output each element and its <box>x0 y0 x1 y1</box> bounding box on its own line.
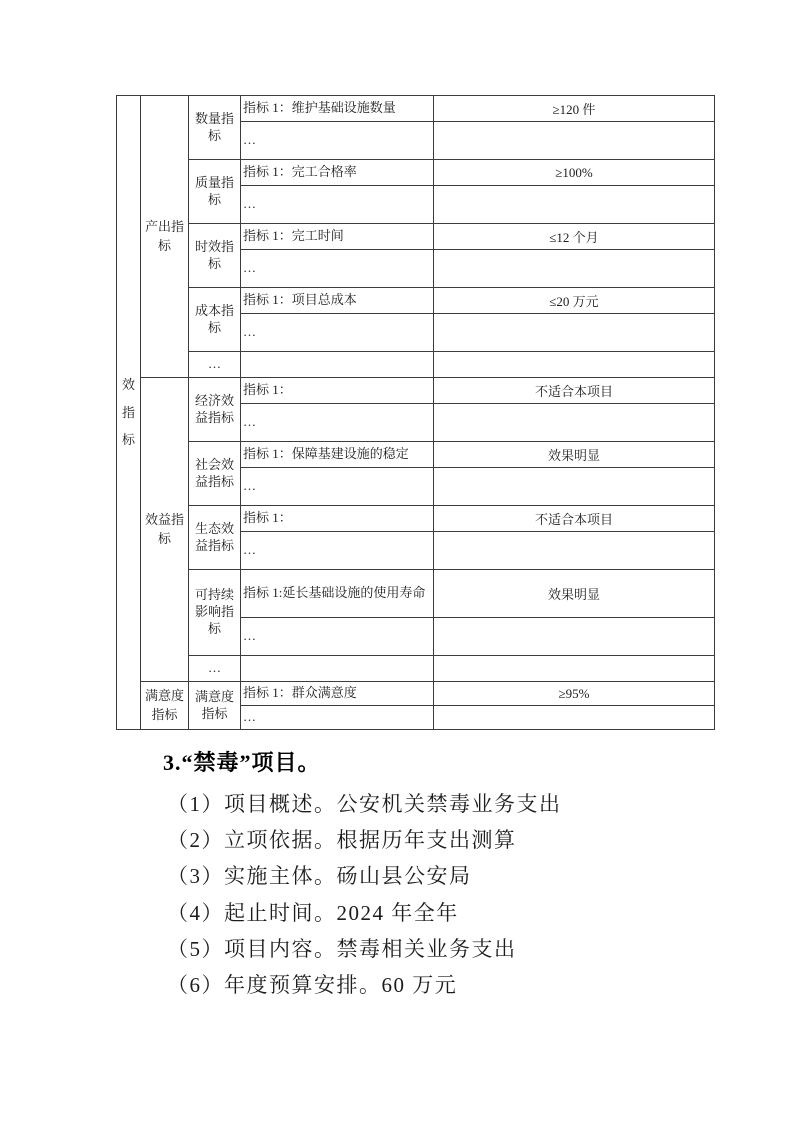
cell-indicator-name: 指标 1：维护基础设施数量 <box>241 96 434 122</box>
cell-indicator-name: 指标 1：项目总成本 <box>241 288 434 314</box>
cell-indicator-value <box>434 352 715 378</box>
cell-indicator-value: ≤12 个月 <box>434 224 715 250</box>
cell-indicator-name: … <box>241 532 434 570</box>
cell-group-label-satisfaction: 满意度指标 <box>141 682 189 730</box>
cell-indicator-name: 指标 1： <box>241 378 434 404</box>
table-row: 可持续影响指标 指标 1:延长基础设施的使用寿命 效果明显 <box>117 570 715 618</box>
cell-indicator-name: … <box>241 186 434 224</box>
cell-sub-label-ellipsis: … <box>189 656 241 682</box>
cell-indicator-name: … <box>241 468 434 506</box>
cell-indicator-value: 不适合本项目 <box>434 378 715 404</box>
cell-indicator-value <box>434 656 715 682</box>
cell-indicator-name: 指标 1：群众满意度 <box>241 682 434 706</box>
cell-indicator-name: 指标 1：完工时间 <box>241 224 434 250</box>
cell-indicator-value <box>434 468 715 506</box>
cell-indicator-value <box>434 314 715 352</box>
cell-sub-label-economic: 经济效益指标 <box>189 378 241 442</box>
cell-sub-label-satisfaction: 满意度指标 <box>189 682 241 730</box>
cell-indicator-value: ≤20 万元 <box>434 288 715 314</box>
cell-indicator-name: … <box>241 314 434 352</box>
cell-indicator-value: 效果明显 <box>434 442 715 468</box>
performance-indicator-table: 效指标 产出指标 数量指标 指标 1：维护基础设施数量 ≥120 件 … 质量指… <box>116 95 715 730</box>
cell-indicator-value <box>434 122 715 160</box>
cell-sub-label-social: 社会效益指标 <box>189 442 241 506</box>
cell-indicator-name: … <box>241 706 434 730</box>
table-row: … <box>117 656 715 682</box>
cell-indicator-name: … <box>241 250 434 288</box>
table-row: 成本指标 指标 1：项目总成本 ≤20 万元 <box>117 288 715 314</box>
cell-indicator-name: … <box>241 618 434 656</box>
table-row: … <box>117 352 715 378</box>
cell-sub-label-sustainability: 可持续影响指标 <box>189 570 241 656</box>
project-overview-line: （1）项目概述。公安机关禁毒业务支出 <box>163 786 723 822</box>
cell-sub-label-quality: 质量指标 <box>189 160 241 224</box>
cell-indicator-value: 不适合本项目 <box>434 506 715 532</box>
document-page: 效指标 产出指标 数量指标 指标 1：维护基础设施数量 ≥120 件 … 质量指… <box>0 0 793 1122</box>
project-entity-line: （3）实施主体。砀山县公安局 <box>163 858 723 894</box>
project-content-line: （5）项目内容。禁毒相关业务支出 <box>163 931 723 967</box>
cell-indicator-name: 指标 1： <box>241 506 434 532</box>
project-budget-line: （6）年度预算安排。60 万元 <box>163 967 723 1003</box>
cell-sub-label-ecological: 生态效益指标 <box>189 506 241 570</box>
cell-group-label-benefit: 效益指标 <box>141 378 189 682</box>
cell-sub-label-cost: 成本指标 <box>189 288 241 352</box>
cell-sub-label-quantity: 数量指标 <box>189 96 241 160</box>
cell-level1-label: 效指标 <box>117 96 141 730</box>
cell-indicator-value <box>434 532 715 570</box>
cell-indicator-name: 指标 1：完工合格率 <box>241 160 434 186</box>
table-row: 效指标 产出指标 数量指标 指标 1：维护基础设施数量 ≥120 件 <box>117 96 715 122</box>
cell-indicator-name: 指标 1:延长基础设施的使用寿命 <box>241 570 434 618</box>
cell-indicator-name <box>241 656 434 682</box>
table-row: 效益指标 经济效益指标 指标 1： 不适合本项目 <box>117 378 715 404</box>
cell-group-label-output: 产出指标 <box>141 96 189 378</box>
cell-indicator-name: … <box>241 122 434 160</box>
cell-indicator-value <box>434 186 715 224</box>
cell-indicator-value: ≥95% <box>434 682 715 706</box>
cell-indicator-value: 效果明显 <box>434 570 715 618</box>
project-description-section: 3.“禁毒”项目。 （1）项目概述。公安机关禁毒业务支出 （2）立项依据。根据历… <box>163 749 723 1003</box>
cell-indicator-name <box>241 352 434 378</box>
table-row: 满意度指标 满意度指标 指标 1：群众满意度 ≥95% <box>117 682 715 706</box>
table-row: 社会效益指标 指标 1：保障基建设施的稳定 效果明显 <box>117 442 715 468</box>
cell-indicator-value: ≥120 件 <box>434 96 715 122</box>
cell-indicator-name: … <box>241 404 434 442</box>
cell-indicator-value <box>434 404 715 442</box>
cell-indicator-value <box>434 250 715 288</box>
section-heading: 3.“禁毒”项目。 <box>163 749 723 777</box>
project-period-line: （4）起止时间。2024 年全年 <box>163 895 723 931</box>
cell-indicator-name: 指标 1：保障基建设施的稳定 <box>241 442 434 468</box>
cell-indicator-value: ≥100% <box>434 160 715 186</box>
project-basis-line: （2）立项依据。根据历年支出测算 <box>163 822 723 858</box>
cell-indicator-value <box>434 618 715 656</box>
cell-sub-label-timeliness: 时效指标 <box>189 224 241 288</box>
table-row: 生态效益指标 指标 1： 不适合本项目 <box>117 506 715 532</box>
cell-sub-label-ellipsis: … <box>189 352 241 378</box>
table-row: 质量指标 指标 1：完工合格率 ≥100% <box>117 160 715 186</box>
cell-indicator-value <box>434 706 715 730</box>
table-row: 时效指标 指标 1：完工时间 ≤12 个月 <box>117 224 715 250</box>
